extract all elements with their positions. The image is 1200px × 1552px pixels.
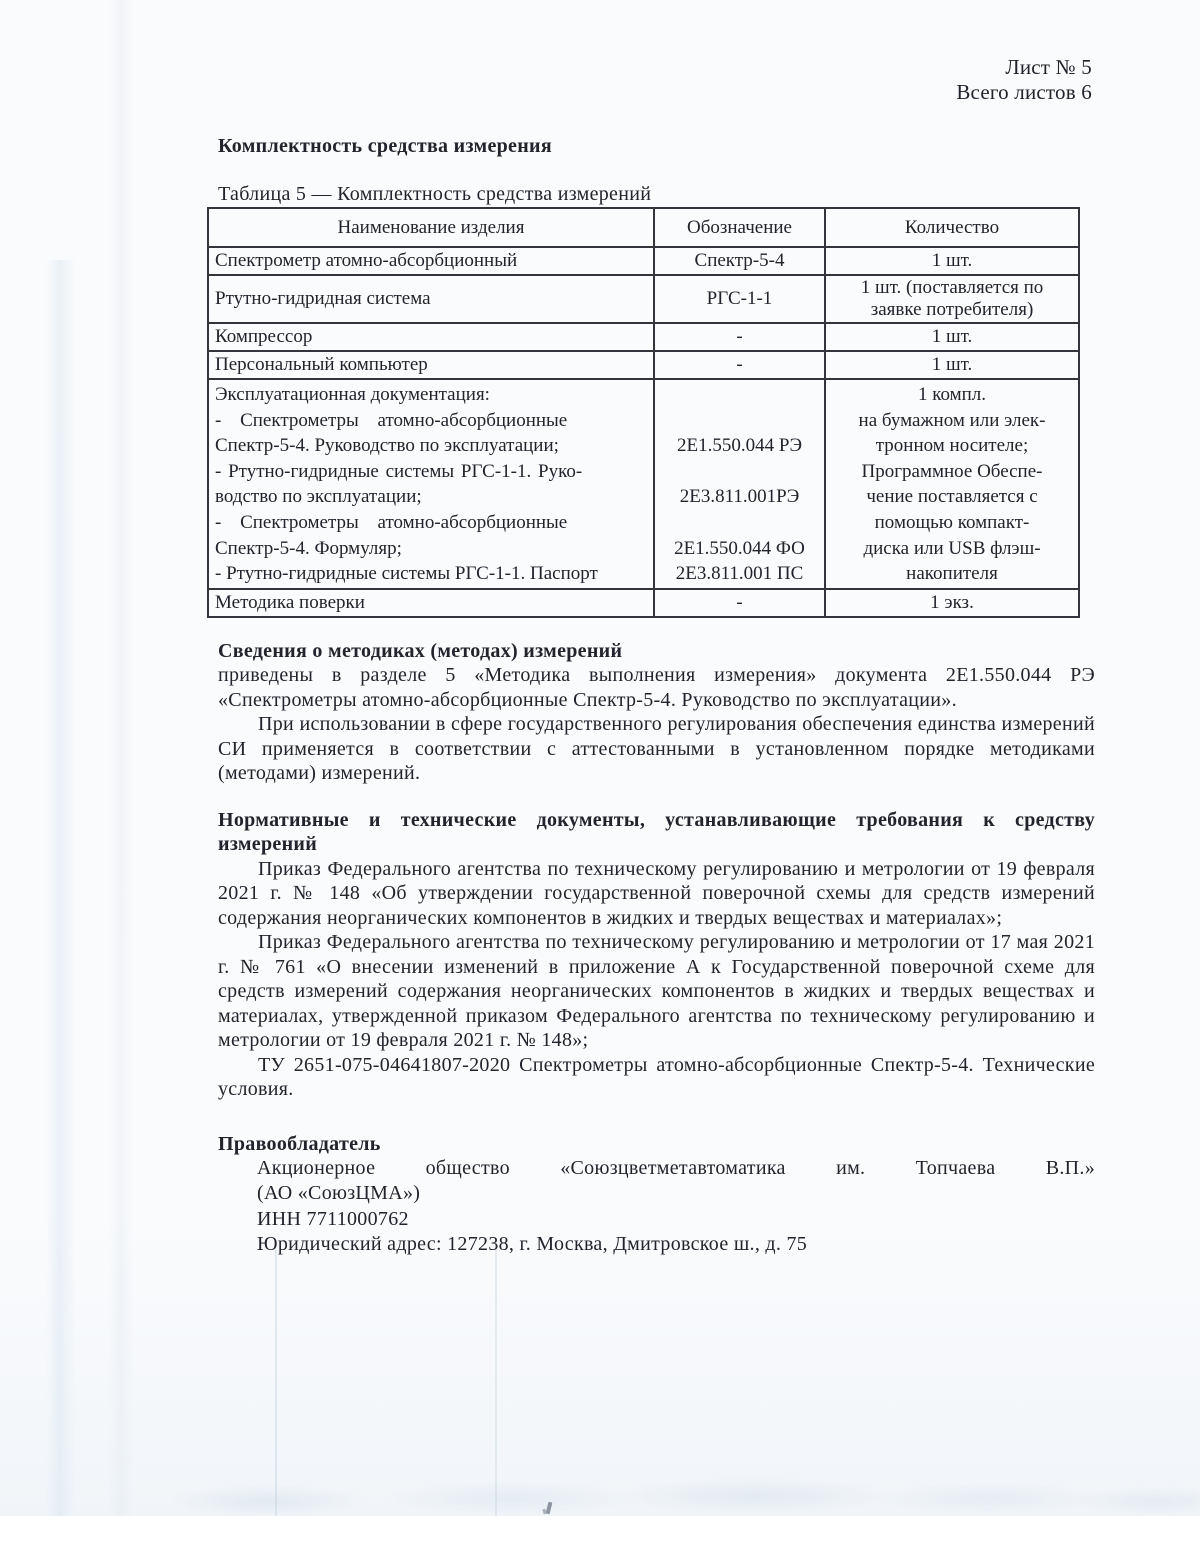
section-heading-completeness: Комплектность средства измерения	[218, 134, 1095, 159]
scanned-document-page: Лист № 5 Всего листов 6 Комплектность ср…	[0, 0, 1200, 1552]
cell-quantity: 1 шт.	[825, 323, 1079, 351]
column-header-quantity: Количество	[825, 208, 1079, 247]
table-header-row: Наименование изделия Обозначение Количес…	[208, 208, 1079, 247]
table-row: Спектрометр атомно-абсорбционный Спектр-…	[208, 247, 1079, 275]
cell-quantity: 1 экз.	[825, 589, 1079, 617]
table-row: Ртутно-гидридная система РГС-1-1 1 шт. (…	[208, 275, 1079, 323]
document-body: Комплектность средства измерения Таблица…	[218, 134, 1095, 1257]
cell-quantity-lines: 1 компл.на бумажном или элек-тронном нос…	[825, 379, 1079, 589]
table-row: Персональный компьютер - 1 шт.	[208, 351, 1079, 379]
cell-quantity: 1 шт.	[825, 247, 1079, 275]
rightsholder-details: Акционерное общество «Союзцветметавтомат…	[257, 1156, 1095, 1257]
paragraph: Приказ Федерального агентства по техниче…	[218, 857, 1095, 931]
cell-name: Спектрометр атомно-абсорбционный	[208, 247, 654, 275]
table-row-documentation: Эксплуатационная документация:- Спектром…	[208, 379, 1079, 589]
paragraph: ТУ 2651-075-04641807-2020 Спектрометры а…	[218, 1053, 1095, 1102]
cell-designation: -	[654, 323, 825, 351]
sheet-number-label: Лист № 5	[956, 55, 1092, 80]
paragraph: При использовании в сфере государственно…	[218, 712, 1095, 786]
section-heading-normative: Нормативные и технические документы, уст…	[218, 808, 1095, 857]
table-row: Методика поверки - 1 экз.	[208, 589, 1079, 617]
cell-designation: -	[654, 589, 825, 617]
cell-quantity: 1 шт.	[825, 351, 1079, 379]
scan-artifact-band	[46, 260, 76, 1516]
table-caption: Таблица 5 — Комплектность средства измер…	[218, 182, 1095, 207]
section-normative-documents: Нормативные и технические документы, уст…	[218, 808, 1095, 1102]
column-header-designation: Обозначение	[654, 208, 825, 247]
cell-name-lines: Эксплуатационная документация:- Спектром…	[208, 379, 654, 589]
cell-name: Ртутно-гидридная система	[208, 275, 654, 323]
cell-designation: -	[654, 351, 825, 379]
completeness-table: Наименование изделия Обозначение Количес…	[207, 207, 1080, 618]
cell-designation-lines: 2Е1.550.044 РЭ 2Е3.811.001РЭ 2Е1.550.044…	[654, 379, 825, 589]
column-header-name: Наименование изделия	[208, 208, 654, 247]
section-methods: Сведения о методиках (методах) измерений…	[218, 639, 1095, 786]
cell-quantity: 1 шт. (поставляется по заявке потребител…	[825, 275, 1079, 323]
scan-artifact-band	[108, 0, 134, 1516]
sheet-numbering: Лист № 5 Всего листов 6	[956, 55, 1092, 105]
section-rightsholder: Правообладатель Акционерное общество «Со…	[218, 1132, 1095, 1257]
cell-name: Персональный компьютер	[208, 351, 654, 379]
table-row: Компрессор - 1 шт.	[208, 323, 1079, 351]
cell-name: Методика поверки	[208, 589, 654, 617]
paragraph: Приказ Федерального агентства по техниче…	[218, 930, 1095, 1053]
scan-smudge	[140, 1470, 1200, 1522]
cell-designation: Спектр-5-4	[654, 247, 825, 275]
paragraph: приведены в разделе 5 «Методика выполнен…	[218, 663, 1095, 712]
total-sheets-label: Всего листов 6	[956, 80, 1092, 105]
cell-name: Компрессор	[208, 323, 654, 351]
section-heading-methods: Сведения о методиках (методах) измерений	[218, 639, 1095, 664]
section-heading-rightsholder: Правообладатель	[218, 1132, 1095, 1157]
cell-designation: РГС-1-1	[654, 275, 825, 323]
